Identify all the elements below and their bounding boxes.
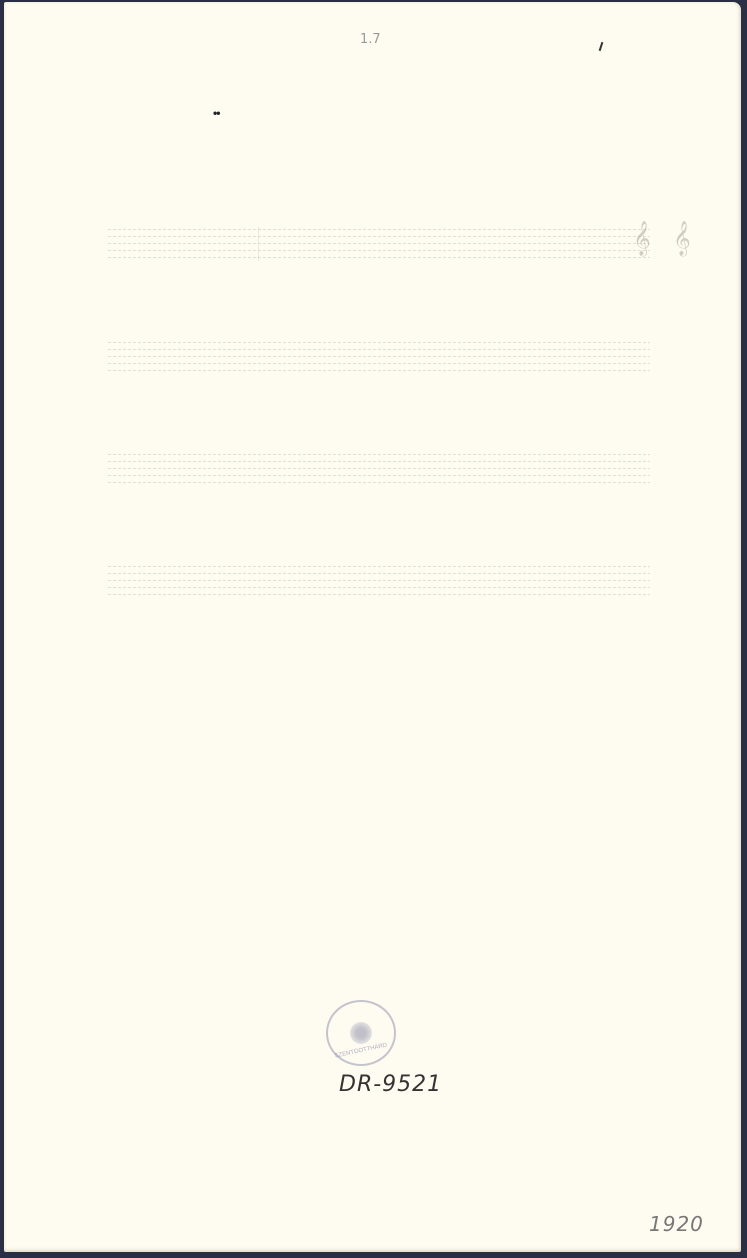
library-stamp: SZENTGOTTHÁRD [326, 1000, 396, 1066]
treble-clef-icon: 𝄞 [673, 221, 691, 256]
stamp-text: SZENTGOTTHÁRD [328, 1041, 394, 1061]
shelfmark: DR-9521 [339, 1072, 442, 1097]
bleed-through-staff [108, 340, 650, 374]
bleed-through-staff [108, 452, 650, 486]
coat-of-arms-icon [350, 1022, 372, 1044]
ink-tick-mark [599, 42, 604, 51]
bleed-through-staff [108, 564, 650, 598]
bleed-through-staff: 𝄞 𝄞 [108, 227, 650, 261]
ink-dots: •• [213, 106, 219, 120]
pencil-mark: 1.7 [360, 32, 381, 47]
document-page: 1.7 •• 𝄞 𝄞 SZENTGOTTHÁRD DR-9521 1920 [4, 2, 741, 1252]
year-annotation: 1920 [649, 1212, 704, 1236]
treble-clef-icon: 𝄞 [633, 221, 651, 256]
